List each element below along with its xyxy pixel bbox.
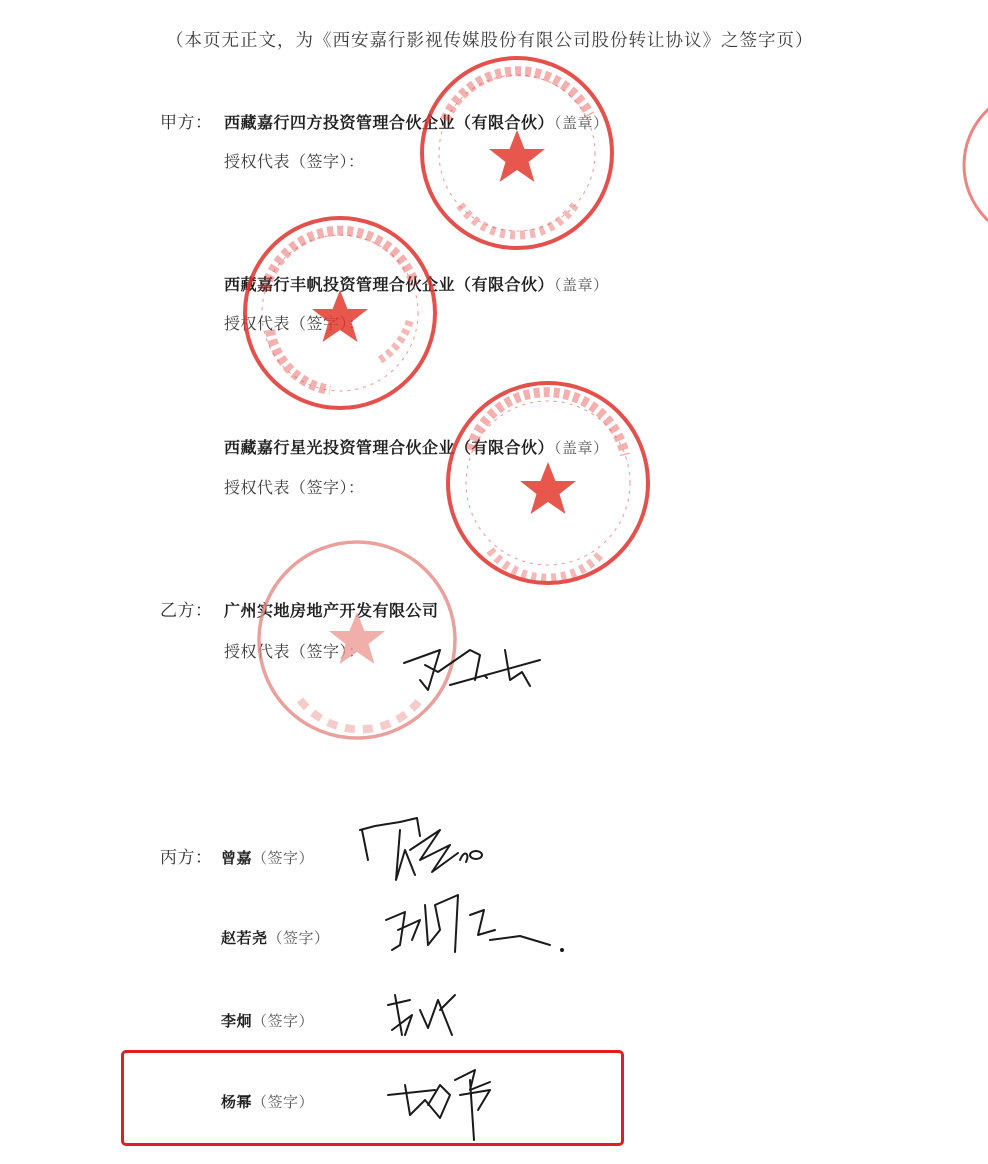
- signature-zhao-ruoyao: [386, 895, 563, 952]
- sign-label: （签字）: [252, 849, 314, 867]
- party-a-entity-1-rep-label: 授权代表（签字）：: [224, 152, 365, 172]
- svg-text:广 州 实 地 房 地 产: 广 州 实 地 房 地 产: [0, 0, 11, 6]
- header-note: （本页无正文，为《西安嘉行影视传媒股份有限公司股份转让协议》之签字页）: [166, 31, 814, 51]
- party-b-rep-label: 授权代表（签字）：: [224, 642, 365, 662]
- signature-zeng-jia: [360, 818, 482, 880]
- entity-name: 西藏嘉行星光投资管理合伙企业（有限合伙）: [224, 438, 554, 457]
- signatory-row: 曾嘉（签字）: [221, 848, 314, 868]
- party-a-entity-2-name: 西藏嘉行丰帆投资管理合伙企业（有限合伙）（盖章）: [224, 275, 609, 295]
- party-a-entity-3-rep-label: 授权代表（签字）：: [224, 478, 365, 498]
- signature-li-jiong: [388, 995, 455, 1035]
- entity-name: 西藏嘉行四方投资管理合伙企业（有限合伙）: [224, 113, 554, 132]
- party-b-seal: 广 州 实 地 房 地 产: [0, 0, 455, 738]
- party-a-entity-1-name: 西藏嘉行四方投资管理合伙企业（有限合伙）（盖章）: [224, 113, 609, 133]
- party-a-entity-2-rep-label: 授权代表（签字）：: [224, 314, 365, 334]
- partial-seal-right-edge: [964, 89, 988, 241]
- signature-page: （本页无正文，为《西安嘉行影视传媒股份有限公司股份转让协议》之签字页） 甲方： …: [0, 0, 988, 1164]
- signatory-row: 赵若尧（签字）: [221, 928, 330, 948]
- seal-note: （盖章）: [554, 276, 609, 294]
- signature-party-b: [404, 650, 540, 690]
- entity-name: 西藏嘉行丰帆投资管理合伙企业（有限合伙）: [224, 275, 554, 294]
- sign-label: （签字）: [268, 929, 330, 947]
- stamps-and-signatures-layer: 广 州 实 地 房 地 产: [0, 0, 988, 1164]
- party-a-entity-3-name: 西藏嘉行星光投资管理合伙企业（有限合伙）（盖章）: [224, 438, 609, 458]
- highlight-box-yang-mi: [121, 1050, 624, 1146]
- signatory-name: 赵若尧: [221, 929, 268, 947]
- sign-label: （签字）: [252, 1012, 314, 1030]
- party-c-label: 丙方：: [160, 848, 213, 868]
- signatory-row: 李炯（签字）: [221, 1011, 314, 1031]
- party-a-label: 甲方：: [160, 113, 213, 133]
- company-seal-3: [448, 383, 648, 583]
- company-seal-1: [422, 58, 612, 248]
- signatory-name: 曾嘉: [221, 849, 252, 867]
- signatory-name: 李炯: [221, 1012, 252, 1030]
- seal-note: （盖章）: [554, 114, 609, 132]
- seal-note: （盖章）: [554, 439, 609, 457]
- party-b-name: 广州实地房地产开发有限公司: [224, 601, 439, 621]
- party-b-label: 乙方：: [160, 601, 213, 621]
- company-seal-2: [245, 218, 435, 408]
